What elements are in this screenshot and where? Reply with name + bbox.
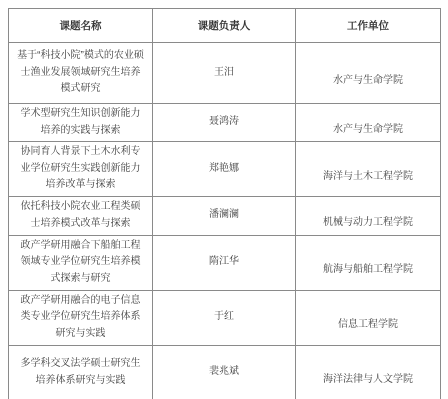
project-title-cell: 学术型研究生知识创新能力培养的实践与探索 xyxy=(9,104,153,142)
project-leader-cell: 于红 xyxy=(153,290,296,345)
project-leader-cell: 郑艳娜 xyxy=(153,142,296,197)
project-leader-cell: 潘澜澜 xyxy=(153,196,296,235)
project-title-cell: 依托科技小院农业工程类硕士培养模式改革与探索 xyxy=(9,196,153,235)
table-row: 依托科技小院农业工程类硕士培养模式改革与探索 潘澜澜 机械与动力工程学院 xyxy=(9,196,441,235)
table-row: 政产学研用融合下船舶工程领域专业学位研究生培养模式探索与研究 隋江华 航海与船舶… xyxy=(9,235,441,290)
work-unit-cell: 海洋与土木工程学院 xyxy=(296,142,441,197)
project-title-cell: 政产学研用融合下船舶工程领域专业学位研究生培养模式探索与研究 xyxy=(9,235,153,290)
table-row: 政产学研用融合的电子信息类专业学位研究生培养体系研究与实践 于红 信息工程学院 xyxy=(9,290,441,345)
col-header-project-title: 课题名称 xyxy=(9,9,153,43)
col-header-work-unit: 工作单位 xyxy=(296,9,441,43)
table-row: 协同育人背景下土木水利专业学位研究生实践创新能力培养改革与探索 郑艳娜 海洋与土… xyxy=(9,142,441,197)
col-header-project-leader: 课题负责人 xyxy=(153,9,296,43)
project-title-cell: 多学科交叉法学硕士研究生培养体系研究与实践 xyxy=(9,345,153,399)
work-unit-text: 水产与生命学院 xyxy=(333,122,403,139)
table-row: 多学科交叉法学硕士研究生培养体系研究与实践 裴兆斌 海洋法律与人文学院 xyxy=(9,345,441,399)
work-unit-text: 机械与动力工程学院 xyxy=(323,215,413,232)
work-unit-text: 航海与船舶工程学院 xyxy=(323,262,413,279)
project-leader-cell: 隋江华 xyxy=(153,235,296,290)
work-unit-text: 水产与生命学院 xyxy=(333,73,403,90)
work-unit-text: 海洋法律与人文学院 xyxy=(323,372,413,389)
table-row: 学术型研究生知识创新能力培养的实践与探索 聂鸿涛 水产与生命学院 xyxy=(9,104,441,142)
project-title-cell: 政产学研用融合的电子信息类专业学位研究生培养体系研究与实践 xyxy=(9,290,153,345)
project-title-cell: 基于“科技小院”模式的农业硕士渔业发展领域研究生培养模式研究 xyxy=(9,43,153,104)
work-unit-cell: 水产与生命学院 xyxy=(296,43,441,104)
page: 课题名称 课题负责人 工作单位 基于“科技小院”模式的农业硕士渔业发展领域研究生… xyxy=(0,0,448,399)
work-unit-text: 信息工程学院 xyxy=(338,317,398,334)
project-leader-cell: 裴兆斌 xyxy=(153,345,296,399)
project-leader-cell: 王汨 xyxy=(153,43,296,104)
projects-table: 课题名称 课题负责人 工作单位 基于“科技小院”模式的农业硕士渔业发展领域研究生… xyxy=(8,8,441,399)
work-unit-text: 海洋与土木工程学院 xyxy=(323,169,413,186)
project-leader-cell: 聂鸿涛 xyxy=(153,104,296,142)
table-row: 基于“科技小院”模式的农业硕士渔业发展领域研究生培养模式研究 王汨 水产与生命学… xyxy=(9,43,441,104)
projects-table-container: 课题名称 课题负责人 工作单位 基于“科技小院”模式的农业硕士渔业发展领域研究生… xyxy=(8,8,441,399)
work-unit-cell: 海洋法律与人文学院 xyxy=(296,345,441,399)
header-row: 课题名称 课题负责人 工作单位 xyxy=(9,9,441,43)
project-title-cell: 协同育人背景下土木水利专业学位研究生实践创新能力培养改革与探索 xyxy=(9,142,153,197)
work-unit-cell: 机械与动力工程学院 xyxy=(296,196,441,235)
work-unit-cell: 信息工程学院 xyxy=(296,290,441,345)
work-unit-cell: 航海与船舶工程学院 xyxy=(296,235,441,290)
work-unit-cell: 水产与生命学院 xyxy=(296,104,441,142)
